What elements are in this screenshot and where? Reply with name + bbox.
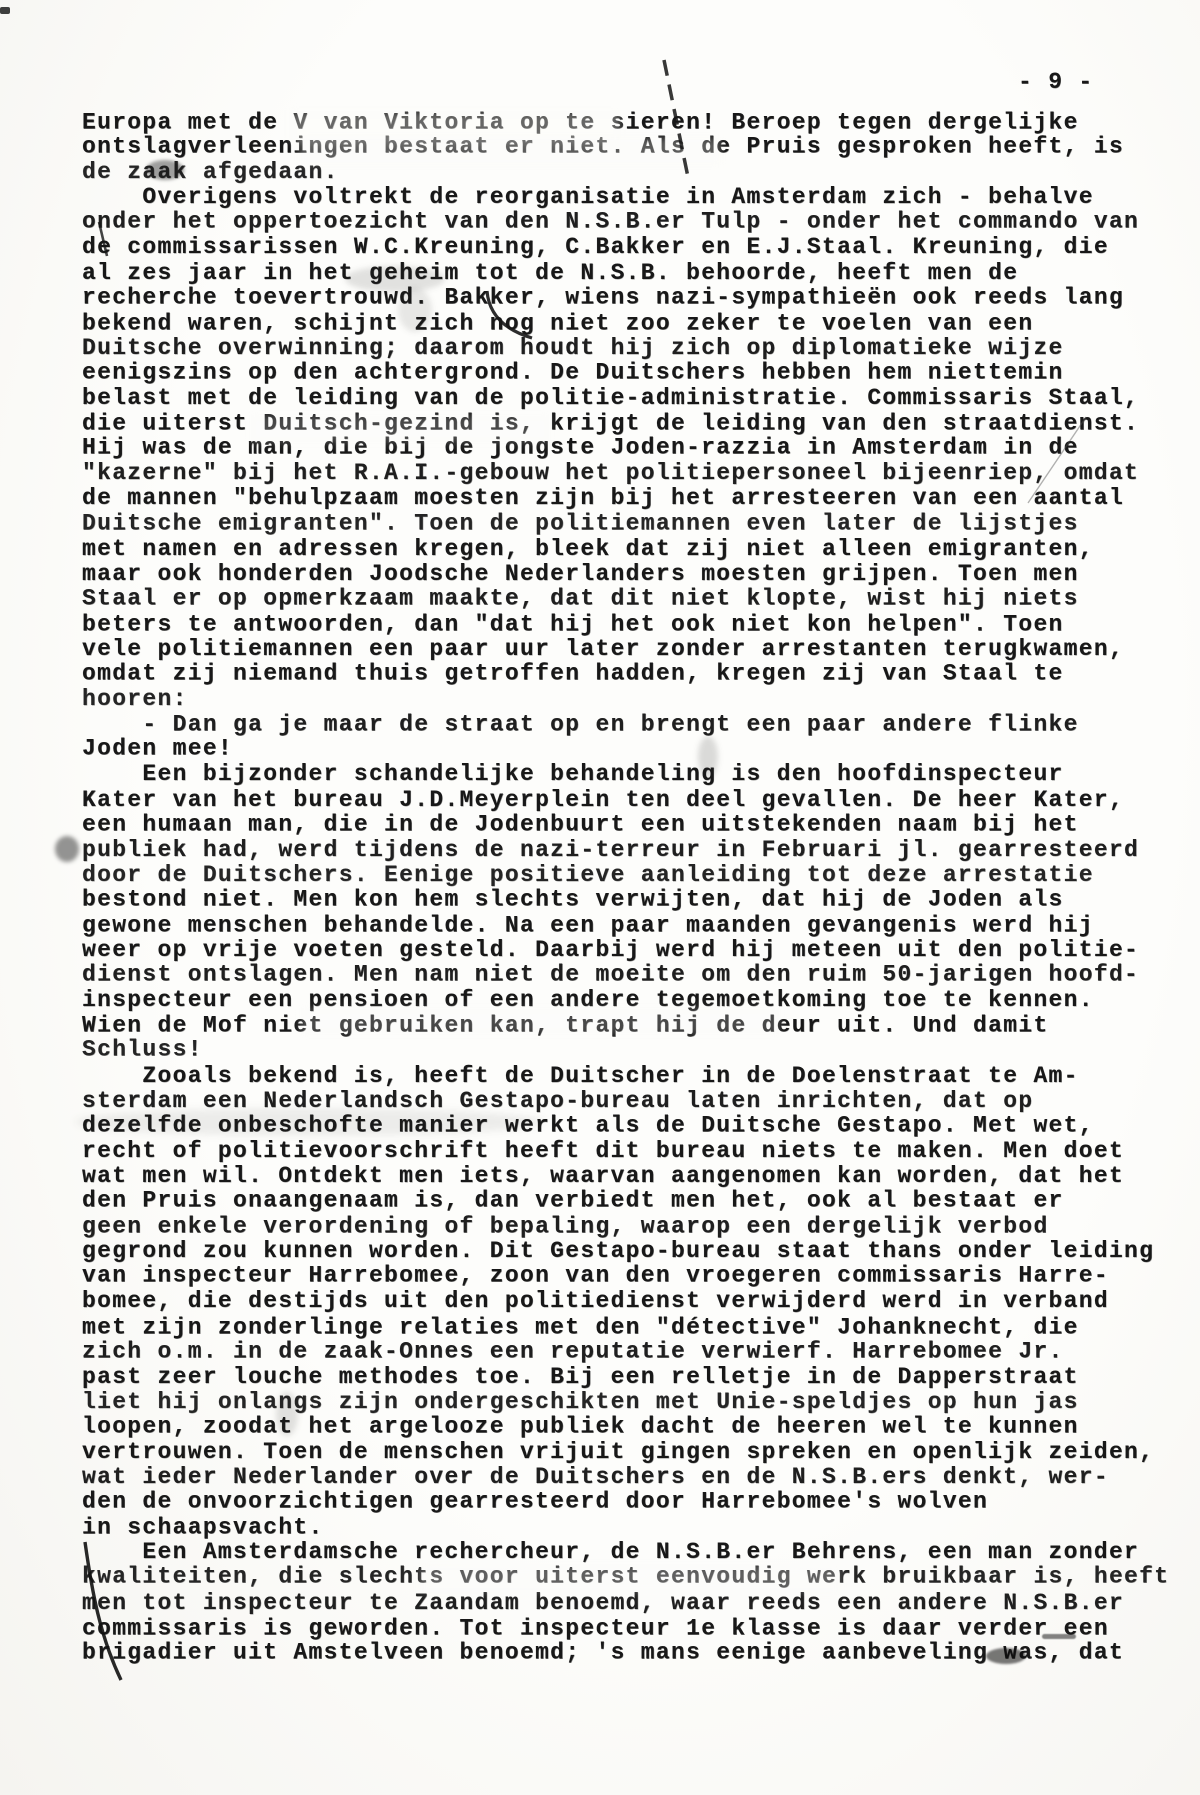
text-line: loopen, zoodat het argelooze publiek dac…	[82, 1414, 1182, 1439]
text-line: dienst ontslagen. Men nam niet de moeite…	[82, 963, 1182, 988]
text-line: men tot inspecteur te Zaandam benoemd, w…	[82, 1591, 1182, 1616]
text-line: Wien de Mof niet gebruiken kan, trapt hi…	[82, 1014, 1182, 1039]
text-line: past zeer louche methodes toe. Bij een r…	[82, 1365, 1182, 1390]
text-line: in schaapsvacht.	[82, 1516, 1182, 1541]
text-line: recherche toevertrouwd. Bakker, wiens na…	[82, 285, 1182, 310]
text-line: gewone menschen behandelde. Na een paar …	[82, 914, 1182, 939]
text-line: sterdam een Nederlandsch Gestapo-bureau …	[82, 1089, 1182, 1114]
text-line: gegrond zou kunnen worden. Dit Gestapo-b…	[82, 1239, 1182, 1264]
text-line: weer op vrije voeten gesteld. Daarbij we…	[82, 938, 1182, 963]
text-line: door de Duitschers. Eenige positieve aan…	[82, 863, 1182, 888]
text-line: Schluss!	[82, 1038, 1182, 1063]
text-line: liet hij onlangs zijn ondergeschikten me…	[82, 1390, 1182, 1415]
text-line: Staal er op opmerkzaam maakte, dat dit n…	[82, 586, 1182, 611]
text-line: vele politiemannen een paar uur later zo…	[82, 637, 1182, 662]
text-line: eenigszins op den achtergrond. De Duitsc…	[82, 361, 1182, 386]
text-line: beters te antwoorden, dan "dat hij het o…	[82, 612, 1182, 637]
text-line: Duitsche overwinning; daarom houdt hij z…	[82, 336, 1182, 361]
text-line: Een Amsterdamsche rechercheur, de N.S.B.…	[82, 1540, 1182, 1565]
text-line: Zooals bekend is, heeft de Duitscher in …	[82, 1064, 1182, 1089]
text-line: een humaan man, die in de Jodenbuurt een…	[82, 812, 1182, 837]
text-line: wat ieder Nederlander over de Duitschers…	[82, 1465, 1182, 1490]
text-line: vertrouwen. Toen de menschen vrijuit gin…	[82, 1440, 1182, 1465]
text-line: inspecteur een pensioen of een andere te…	[82, 988, 1182, 1013]
text-line: de mannen "behulpzaam moesten zijn bij h…	[82, 486, 1182, 511]
page-number: - 9 -	[1018, 70, 1094, 95]
text-line: Hij was de man, die bij de jongste Joden…	[82, 436, 1182, 461]
text-line: hooren:	[82, 687, 1182, 712]
text-line: Duitsche emigranten". Toen de politieman…	[82, 511, 1182, 536]
document-text: Europa met de V van Viktoria op te siere…	[82, 110, 1182, 1666]
text-line: met namen en adressen kregen, bleek dat …	[82, 537, 1182, 562]
text-line: bomee, die destijds uit den politiediens…	[82, 1289, 1182, 1314]
text-line: zich o.m. in de zaak-Onnes een reputatie…	[82, 1339, 1182, 1364]
text-line: den de onvoorzichtigen gearresteerd door…	[82, 1490, 1182, 1515]
text-line: die uiterst Duitsch-gezind is, krijgt de…	[82, 412, 1182, 437]
text-line: Een bijzonder schandelijke behandeling i…	[82, 762, 1182, 787]
text-line: maar ook honderden Joodsche Nederlanders…	[82, 562, 1182, 587]
text-line: Kater van het bureau J.D.Meyerplein ten …	[82, 788, 1182, 813]
text-line: bestond niet. Men kon hem slechts verwij…	[82, 888, 1182, 913]
text-line: kwaliteiten, die slechts voor uiterst ee…	[82, 1565, 1182, 1590]
text-line: wat men wil. Ontdekt men iets, waarvan a…	[82, 1164, 1182, 1189]
text-line: al zes jaar in het geheim tot de N.S.B. …	[82, 261, 1182, 286]
text-line: - Dan ga je maar de straat op en brengt …	[82, 713, 1182, 738]
text-line: commissaris is geworden. Tot inspecteur …	[82, 1616, 1182, 1641]
document-page: - 9 - Europa met de V van Viktoria op te…	[0, 0, 1200, 1795]
ink-blot	[55, 836, 79, 862]
text-line: publiek had, werd tijdens de nazi-terreu…	[82, 838, 1182, 863]
text-line: omdat zij niemand thuis getroffen hadden…	[82, 662, 1182, 687]
text-line: de commissarissen W.C.Kreuning, C.Bakker…	[82, 235, 1182, 260]
text-line: belast met de leiding van de politie-adm…	[82, 386, 1182, 411]
edge-mark	[0, 7, 10, 14]
text-line: met zijn zonderlinge relaties met den "d…	[82, 1315, 1182, 1340]
text-line: Joden mee!	[82, 737, 1182, 762]
text-line: Overigens voltrekt de reorganisatie in A…	[82, 185, 1182, 210]
text-line: ontslagverleeningen bestaat er niet. Als…	[82, 135, 1182, 160]
text-line: onder het oppertoezicht van den N.S.B.er…	[82, 210, 1182, 235]
text-line: van inspecteur Harrebomee, zoon van den …	[82, 1264, 1182, 1289]
text-line: dezelfde onbeschofte manier werkt als de…	[82, 1113, 1182, 1138]
text-line: geen enkele verordening of bepaling, waa…	[82, 1215, 1182, 1240]
text-line: recht of politievoorschrift heeft dit bu…	[82, 1139, 1182, 1164]
text-line: den Pruis onaangenaam is, dan verbiedt m…	[82, 1189, 1182, 1214]
text-line: Europa met de V van Viktoria op te siere…	[82, 111, 1182, 136]
text-line: brigadier uit Amstelveen benoemd; 's man…	[82, 1640, 1182, 1665]
text-line: "kazerne" bij het R.A.I.-gebouw het poli…	[82, 461, 1182, 486]
text-line: bekend waren, schijnt zich nog niet zoo …	[82, 311, 1182, 336]
text-line: de zaak afgedaan.	[82, 160, 1182, 185]
